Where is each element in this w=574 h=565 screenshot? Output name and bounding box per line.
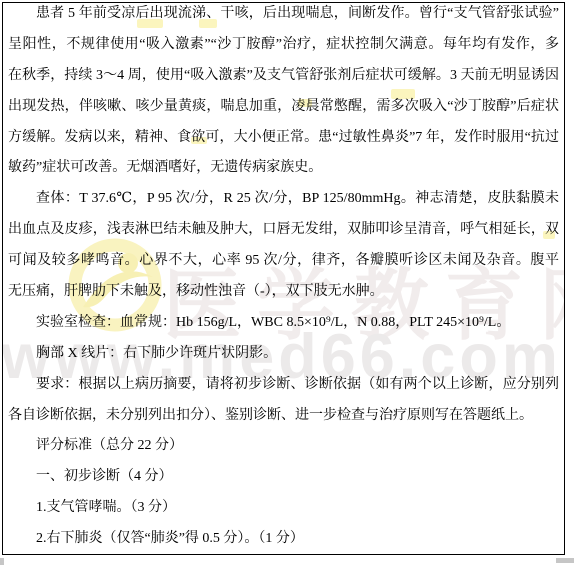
text-line: 患者 5 年前受凉后出现流涕、干咳，后出现喘息，间断发作。曾行“支气管舒张试验” [8, 2, 559, 30]
text-line: 呈阳性，不规律使用“吸入激素”“沙丁胺醇”治疗，症状控制欠满意。每年均有发作，多 [8, 30, 559, 61]
text-line: 在秋季，持续 3～4 周，使用“吸入激素”及支气管舒张剂后症状可缓解。3 天前无… [8, 61, 559, 92]
text-line: 实验室检查：血常规：Hb 156g/L，WBC 8.5×10⁹/L，N 0.88… [8, 308, 559, 339]
text-line: 1.支气管哮喘。（3 分） [8, 493, 559, 524]
document-body: 患者 5 年前受凉后出现流涕、干咳，后出现喘息，间断发作。曾行“支气管舒张试验”… [3, 2, 564, 554]
text-line: 敏药”症状可改善。无烟酒嗜好，无遗传病家族史。 [8, 153, 559, 184]
text-line: 2.右下肺炎（仅答“肺炎”得 0.5 分）。（1 分） [8, 524, 559, 555]
text-line: 一、初步诊断（4 分） [8, 462, 559, 493]
scrollbar-corner-artifact [556, 558, 574, 563]
text-line: 要求：根据以上病历摘要，请将初步诊断、诊断依据（如有两个以上诊断，应分别列出 [8, 370, 559, 401]
text-line: 可闻及较多哮鸣音。心界不大，心率 95 次/分，律齐，各瓣膜听诊区未闻及杂音。腹… [8, 246, 559, 277]
text-line: 各自诊断依据，未分别列出扣分）、鉴别诊断、进一步检查与治疗原则写在答题纸上。 [8, 401, 559, 432]
text-line: 出现发热，伴咳嗽、咳少量黄痰，喘息加重，凌晨常憋醒，需多次吸入“沙丁胺醇”后症状 [8, 92, 559, 123]
page-edge-artifact [0, 558, 4, 565]
text-line: 查体：T 37.6℃，P 95 次/分，R 25 次/分，BP 125/80mm… [8, 184, 559, 215]
text-line: 评分标准（总分 22 分） [8, 431, 559, 462]
document-frame: 医学教育网 www.med66.com 患者 5 年前受凉后出现流涕、干咳，后出… [2, 2, 565, 555]
text-line: 胸部 X 线片：右下肺少许斑片状阴影。 [8, 339, 559, 370]
text-line: 无压痛，肝脾肋下未触及，移动性浊音（-），双下肢无水肿。 [8, 277, 559, 308]
exam-document-page: { "page": { "background": "#ffffff", "bo… [0, 0, 574, 565]
text-line: 方缓解。发病以来，精神、食欲可，大小便正常。患“过敏性鼻炎”7 年，发作时服用“… [8, 123, 559, 154]
text-line: 出血点及皮疹，浅表淋巴结未触及肿大，口唇无发绀，双肺叩诊呈清音，呼气相延长，双肺 [8, 215, 559, 246]
